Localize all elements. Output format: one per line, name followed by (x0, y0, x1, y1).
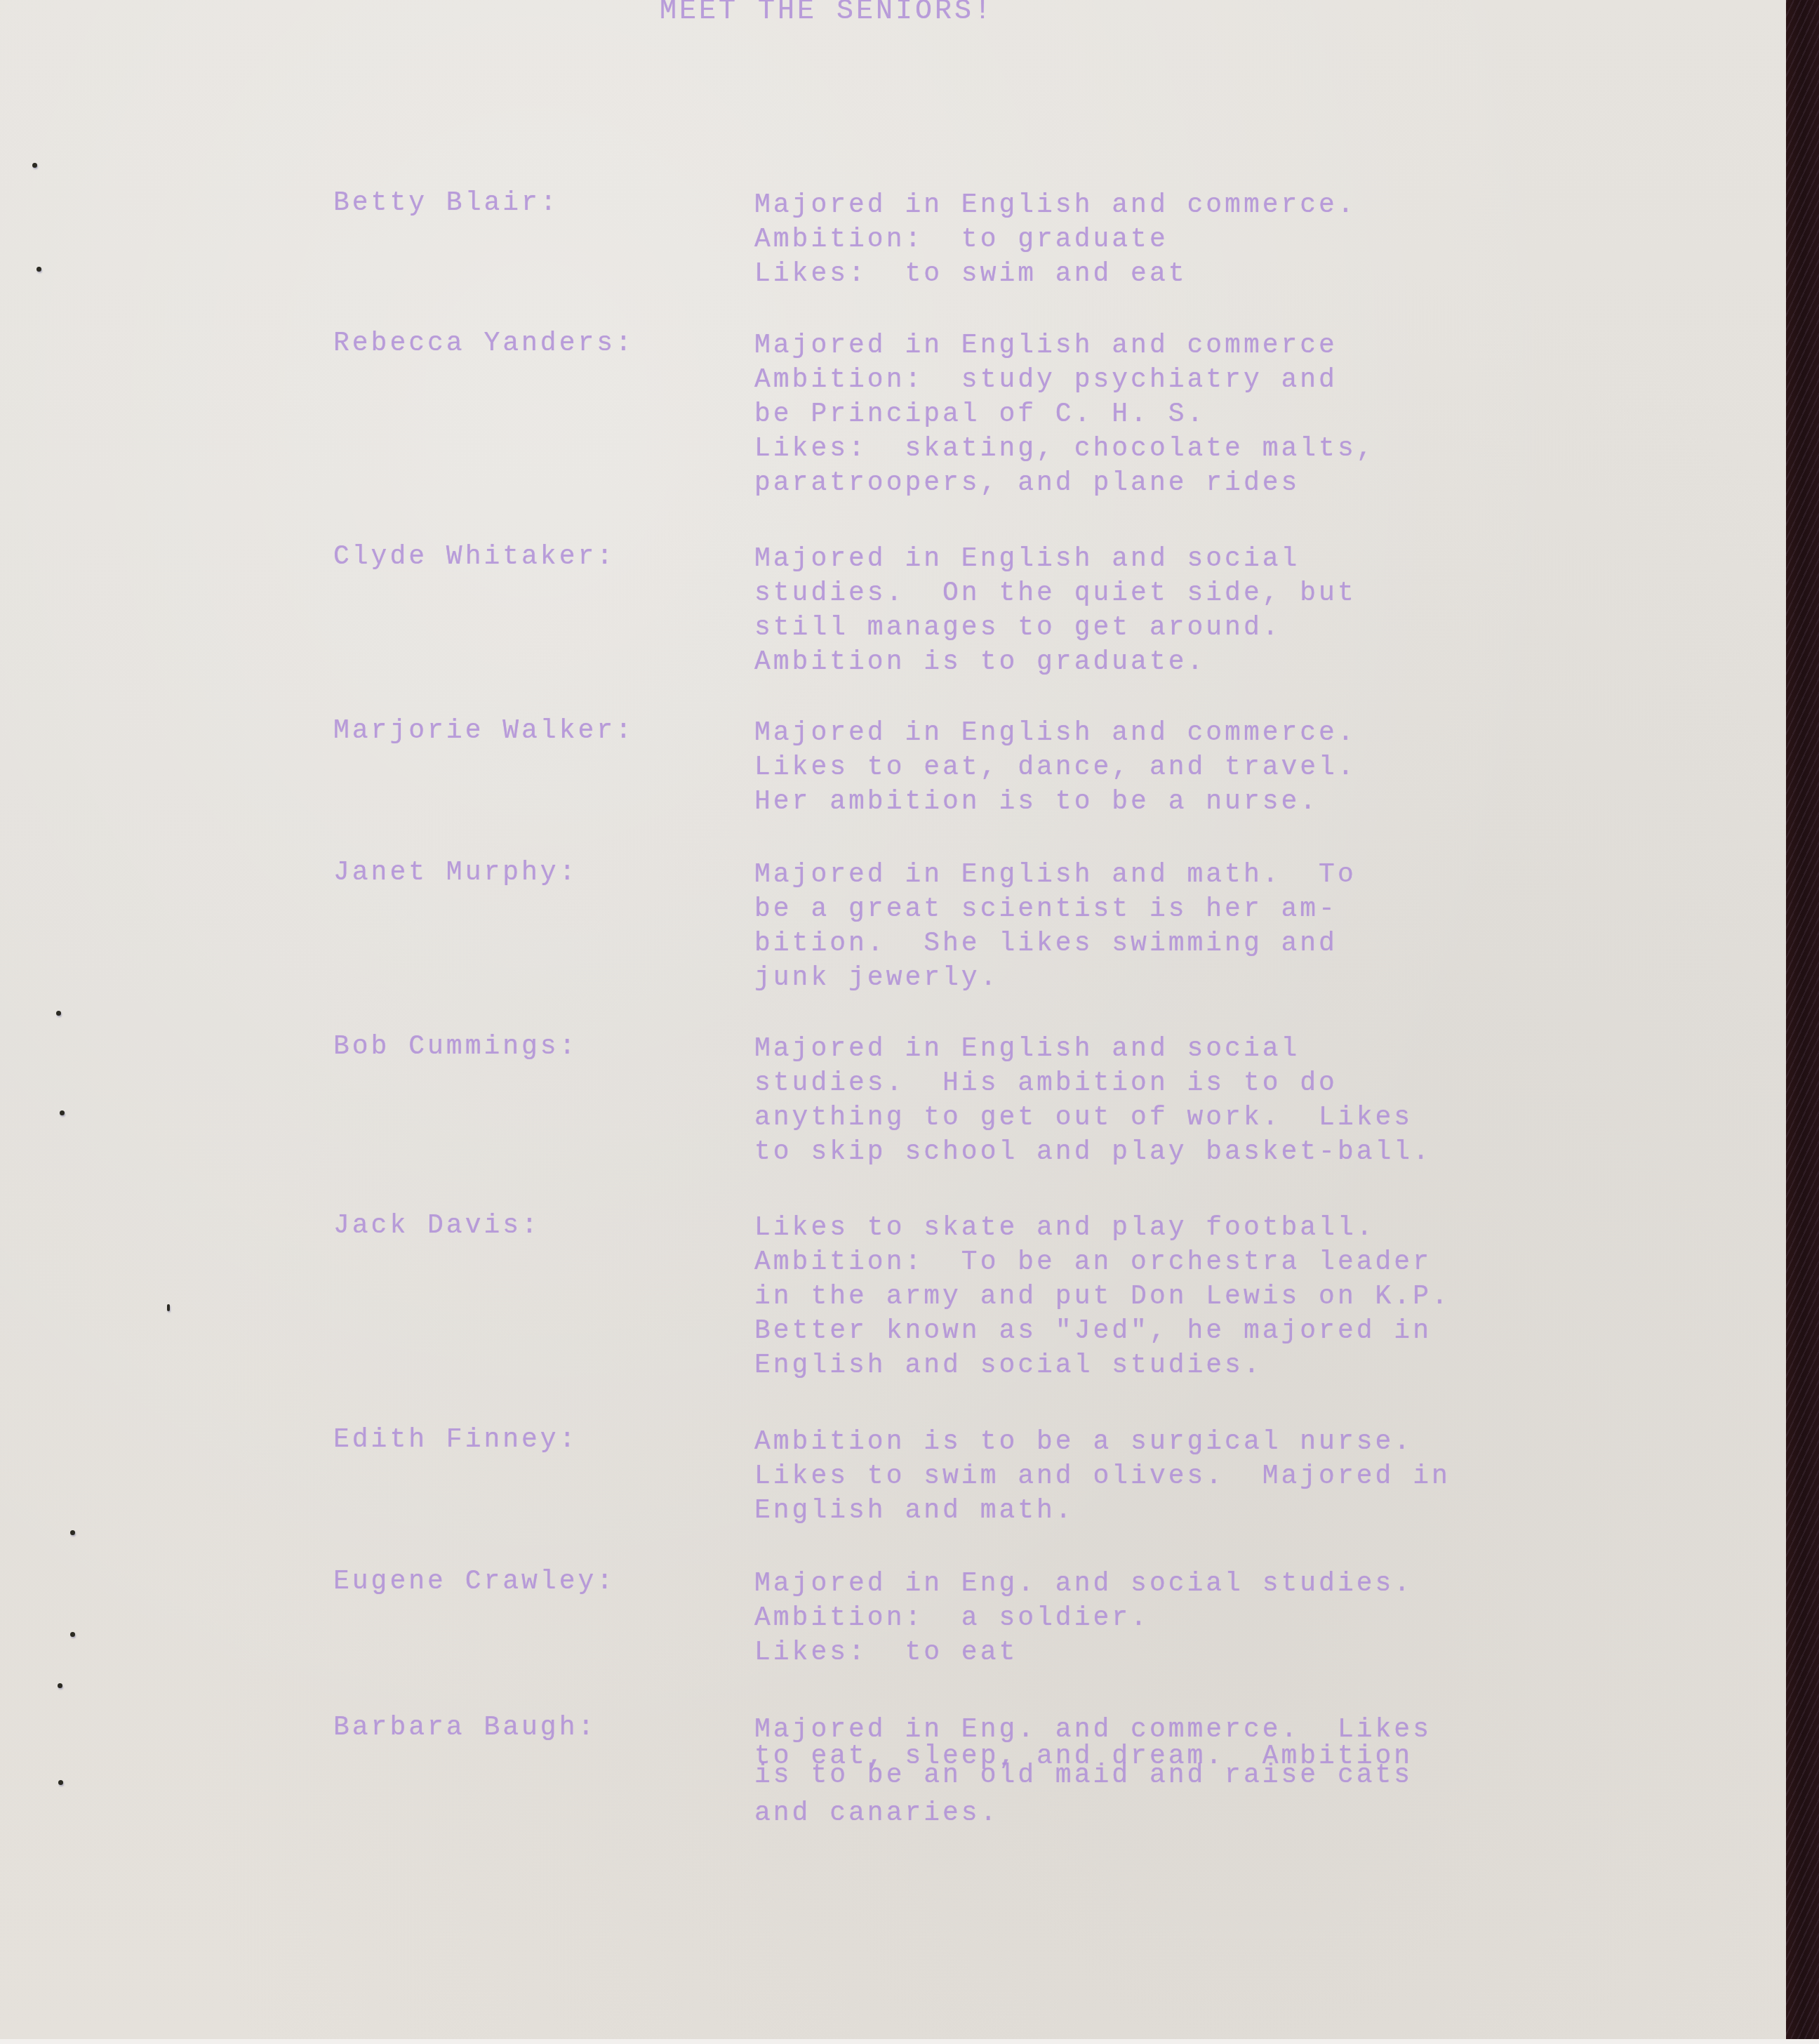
senior-description: Ambition is to be a surgical nurse. Like… (754, 1425, 1451, 1528)
senior-name: Edith Finney: (333, 1425, 578, 1455)
description-line: Likes to skate and play football. (754, 1211, 1451, 1245)
senior-name: Betty Blair: (333, 188, 559, 218)
senior-description: Majored in English and social studies. H… (754, 1032, 1432, 1169)
description-line: Likes to swim and olives. Majored in (754, 1459, 1451, 1494)
punch-hole-mark (60, 1110, 65, 1115)
senior-description: Majored in Eng. and social studies. Ambi… (754, 1567, 1413, 1670)
punch-hole-mark (32, 163, 37, 168)
punch-hole-mark (58, 1780, 63, 1785)
description-line: is to be an old maid and raise cats (754, 1766, 1432, 1785)
description-line: junk jewerly. (754, 961, 1357, 995)
senior-description: Majored in English and math. To be a gre… (754, 858, 1357, 995)
description-line: be a great scientist is her am- (754, 892, 1357, 927)
description-line: Ambition: study psychiatry and (754, 363, 1375, 397)
senior-description: Majored in English and commerce Ambition… (754, 328, 1375, 500)
senior-description: Majored in English and social studies. O… (754, 542, 1357, 679)
senior-name: Clyde Whitaker: (333, 542, 615, 572)
description-line: Majored in English and commerce. (754, 188, 1357, 223)
page-title: MEET THE SENIORS! (660, 0, 994, 27)
description-line: Ambition: a soldier. (754, 1601, 1413, 1635)
description-line: Majored in English and commerce (754, 328, 1375, 363)
punch-hole-mark (70, 1530, 75, 1535)
description-line: and canaries. (754, 1796, 1432, 1831)
description-line: Likes: to eat (754, 1635, 1413, 1670)
punch-hole-mark (36, 267, 41, 272)
senior-name: Janet Murphy: (333, 858, 578, 888)
description-line: Majored in English and commerce. (754, 716, 1357, 750)
description-line: Ambition: to graduate (754, 223, 1357, 257)
description-line: bition. She likes swimming and (754, 927, 1357, 961)
punch-hole-mark (58, 1683, 62, 1688)
scanned-page: MEET THE SENIORS! Betty Blair: Majored i… (0, 0, 1786, 2044)
senior-name: Marjorie Walker: (333, 716, 634, 746)
senior-description: Majored in English and commerce. Ambitio… (754, 188, 1357, 291)
senior-name: Jack Davis: (333, 1211, 540, 1241)
description-line: Ambition is to graduate. (754, 645, 1357, 679)
punch-hole-mark (56, 1011, 61, 1016)
speck-mark (167, 1304, 170, 1311)
description-line: English and math. (754, 1494, 1451, 1528)
book-binding-edge (1786, 0, 1819, 2039)
description-line: Better known as "Jed", he majored in (754, 1314, 1451, 1348)
senior-description: Majored in Eng. and commerce. Likes to e… (754, 1713, 1432, 1831)
senior-name: Rebecca Yanders: (333, 328, 634, 359)
punch-hole-mark (70, 1632, 75, 1637)
scan-bottom-edge (0, 2039, 1819, 2044)
description-line: Likes: skating, chocolate malts, (754, 432, 1375, 466)
description-line: still manages to get around. (754, 611, 1357, 645)
description-line: Majored in English and social (754, 1032, 1432, 1066)
description-line: studies. His ambition is to do (754, 1066, 1432, 1101)
senior-name: Barbara Baugh: (333, 1713, 597, 1743)
description-line: be Principal of C. H. S. (754, 397, 1375, 432)
description-line: Likes to eat, dance, and travel. (754, 750, 1357, 785)
senior-description: Likes to skate and play football. Ambiti… (754, 1211, 1451, 1383)
description-line: Majored in English and social (754, 542, 1357, 576)
description-line: paratroopers, and plane rides (754, 466, 1375, 500)
description-line: anything to get out of work. Likes (754, 1101, 1432, 1135)
description-line: Majored in English and math. To (754, 858, 1357, 892)
description-line: English and social studies. (754, 1348, 1451, 1383)
description-line: Ambition is to be a surgical nurse. (754, 1425, 1451, 1459)
description-line: Likes: to swim and eat (754, 257, 1357, 291)
description-line: Ambition: To be an orchestra leader (754, 1245, 1451, 1280)
senior-description: Majored in English and commerce. Likes t… (754, 716, 1357, 819)
description-line: studies. On the quiet side, but (754, 576, 1357, 611)
description-line: to skip school and play basket-ball. (754, 1135, 1432, 1169)
senior-name: Bob Cummings: (333, 1032, 578, 1062)
senior-name: Eugene Crawley: (333, 1567, 615, 1597)
description-line: in the army and put Don Lewis on K.P. (754, 1280, 1451, 1314)
description-line: Majored in Eng. and social studies. (754, 1567, 1413, 1601)
description-line: Her ambition is to be a nurse. (754, 785, 1357, 819)
